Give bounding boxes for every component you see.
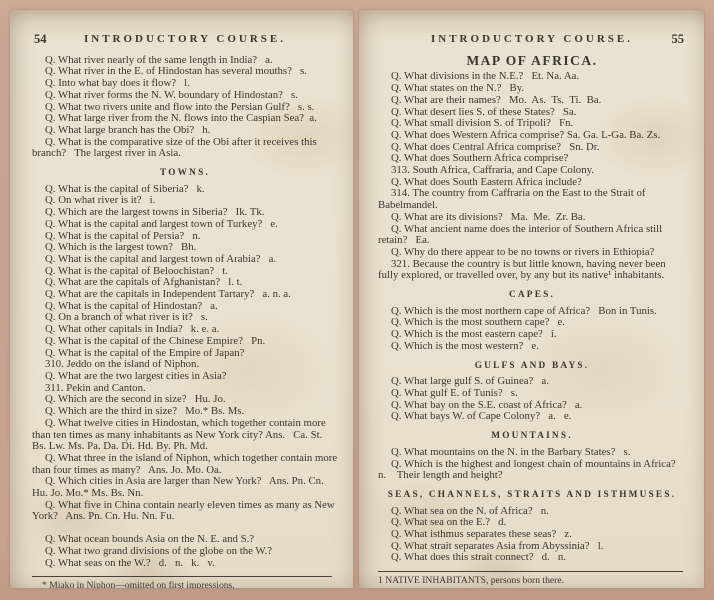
- qa-line: Q. What are their names? Mo. As. Ts. Ti.…: [378, 95, 686, 107]
- footnote-right: 1 NATIVE INHABITANTS, persons born there…: [378, 571, 683, 586]
- qa-line: Q. What bays W. of Cape Colony? a. e.: [378, 411, 686, 423]
- footnote-left: * Miako in Niphon—omitted on first impre…: [32, 576, 332, 588]
- section-title-map-of-africa: MAP OF AFRICA.: [378, 55, 686, 67]
- qa-line: Q. Which is the highest and longest chai…: [378, 459, 686, 482]
- qa-line: Q. What seas on the W.? d. n. k. v.: [32, 558, 338, 570]
- book-spread: 54 INTRODUCTORY COURSE. Q. What river ne…: [0, 0, 714, 600]
- qa-line: Q. What large branch has the Obi? h.: [32, 125, 338, 137]
- qa-line: Q. What five in China contain nearly ele…: [32, 500, 338, 523]
- qa-line: Q. What are the capitals in Independent …: [32, 289, 338, 301]
- qa-line: Q. What twelve cities in Hindostan, whic…: [32, 418, 338, 453]
- qa-line: Q. What are the two largest cities in As…: [32, 371, 338, 383]
- running-title-right: INTRODUCTORY COURSE.: [431, 33, 633, 45]
- page-left: 54 INTRODUCTORY COURSE. Q. What river ne…: [10, 10, 353, 588]
- page-header-left: 54 INTRODUCTORY COURSE.: [32, 34, 338, 46]
- qa-line: 314. The country from Caffraria on the E…: [378, 188, 686, 211]
- page-left-content: Q. What river nearly of the same length …: [32, 55, 338, 570]
- page-right-content: Q. What divisions in the N.E.? Et. Na. A…: [378, 71, 686, 564]
- qa-line: Q. Why do there appear to be no towns or…: [378, 247, 686, 259]
- qa-line: Q. What isthmus separates these seas? z.: [378, 529, 686, 541]
- qa-line: Q. What two grand divisions of the globe…: [32, 546, 338, 558]
- qa-line: Q. What are its divisions? Ma. Me. Zr. B…: [378, 212, 686, 224]
- qa-line: TOWNS.: [32, 168, 338, 180]
- qa-line: Q. What mountains on the N. in the Barba…: [378, 447, 686, 459]
- page-number-right: 55: [672, 34, 685, 46]
- page-header-right: INTRODUCTORY COURSE. 55: [378, 34, 686, 46]
- page-right: INTRODUCTORY COURSE. 55 MAP OF AFRICA. Q…: [359, 10, 704, 588]
- qa-line: Q. What is the capital and largest town …: [32, 219, 338, 231]
- qa-line: MOUNTAINS.: [378, 431, 686, 443]
- qa-line: 321. Because the country is but little k…: [378, 259, 686, 282]
- qa-line: Q. What is the capital of the Chinese Em…: [32, 336, 338, 348]
- qa-line: 313. South Africa, Caffraria, and Cape C…: [378, 165, 686, 177]
- qa-line: CAPES.: [378, 290, 686, 302]
- qa-line: Q. What gulf E. of Tunis? s.: [378, 388, 686, 400]
- qa-line: Q. What river forms the N. W. boundary o…: [32, 90, 338, 102]
- qa-line: Q. What does this strait connect? d. n.: [378, 552, 686, 564]
- running-title-left: INTRODUCTORY COURSE.: [84, 33, 286, 45]
- qa-line: Q. What does Western Africa comprise? Sa…: [378, 130, 686, 142]
- qa-line: SEAS, CHANNELS, STRAITS AND ISTHMUSES.: [378, 490, 686, 502]
- qa-line: Q. Which cities in Asia are larger than …: [32, 476, 338, 499]
- qa-line: Q. What is the comparative size of the O…: [32, 137, 338, 160]
- page-number-left: 54: [34, 34, 47, 46]
- qa-line: Q. Which is the most western? e.: [378, 341, 686, 353]
- qa-line: Q. What three in the island of Niphon, w…: [32, 453, 338, 476]
- qa-line: GULFS AND BAYS.: [378, 361, 686, 373]
- qa-line: Q. What ancient name does the interior o…: [378, 224, 686, 247]
- qa-line: Q. What is the capital and largest town …: [32, 254, 338, 266]
